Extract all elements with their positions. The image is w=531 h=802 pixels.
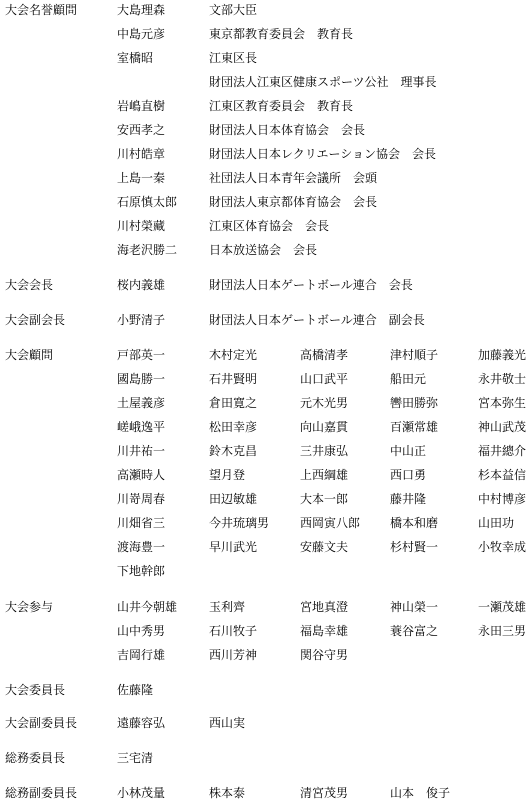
official-title: 財団法人江東区健康スポーツ公社 理事長 bbox=[209, 75, 437, 89]
person-name: 永田三男 bbox=[478, 624, 526, 638]
person-name: 藤井隆 bbox=[390, 492, 426, 506]
list-row: 三宅清 bbox=[0, 751, 531, 775]
list-row: 佐藤隆 bbox=[0, 683, 531, 707]
person-name: 小牧幸成 bbox=[478, 540, 526, 554]
person-name: 安藤文夫 bbox=[300, 540, 348, 554]
official-title: 文部大臣 bbox=[209, 3, 257, 17]
person-name: 株本泰 bbox=[209, 786, 245, 800]
person-name: 中山正 bbox=[390, 444, 426, 458]
person-name: 船田元 bbox=[390, 372, 426, 386]
person-name: 嵯峨逸平 bbox=[117, 420, 165, 434]
person-name: 川村皓章 bbox=[117, 147, 165, 161]
person-name: 大島理森 bbox=[117, 3, 165, 17]
list-row: 岩嶋直樹江東区教育委員会 教育長 bbox=[0, 99, 531, 123]
official-title: 社団法人日本青年会議所 会頭 bbox=[209, 171, 377, 185]
list-row: 遠藤容弘西山実 bbox=[0, 716, 531, 740]
person-name: 三井康弘 bbox=[300, 444, 348, 458]
person-name: 望月登 bbox=[209, 468, 245, 482]
person-name: 川畑省三 bbox=[117, 516, 165, 530]
person-name: 戸部英一 bbox=[117, 348, 165, 362]
list-row: 國島勝一石井賢明山口武平船田元永井敬士 bbox=[0, 372, 531, 396]
person-name: 西川芳神 bbox=[209, 648, 257, 662]
list-row: 川村皓章財団法人日本レクリエーション協会 会長 bbox=[0, 147, 531, 171]
person-name: 山中秀男 bbox=[117, 624, 165, 638]
official-title: 財団法人東京都体育協会 会長 bbox=[209, 195, 377, 209]
person-name: 高橋清孝 bbox=[300, 348, 348, 362]
list-row: 山井今朝雄玉利齊宮地真澄神山榮一一瀬茂雄 bbox=[0, 600, 531, 624]
official-title: 東京都教育委員会 教育長 bbox=[209, 27, 353, 41]
person-name: 関谷守男 bbox=[300, 648, 348, 662]
person-name: 大本一郎 bbox=[300, 492, 348, 506]
person-name: 下地幹郎 bbox=[117, 564, 165, 578]
list-row: 嵯峨逸平松田幸彦向山嘉貫百瀬常雄神山武茂 bbox=[0, 420, 531, 444]
list-row: 川畑省三今井琉璃男西岡寅八郎橋本和磨山田功 bbox=[0, 516, 531, 540]
person-name: 松田幸彦 bbox=[209, 420, 257, 434]
person-name: 早川武光 bbox=[209, 540, 257, 554]
official-title: 日本放送協会 会長 bbox=[209, 243, 317, 257]
person-name: 桜内義雄 bbox=[117, 278, 165, 292]
person-name: 海老沢勝二 bbox=[117, 243, 177, 257]
official-title: 江東区体育協会 会長 bbox=[209, 219, 329, 233]
person-name: 今井琉璃男 bbox=[209, 516, 269, 530]
person-name: 加藤義光 bbox=[478, 348, 526, 362]
person-name: 神山榮一 bbox=[390, 600, 438, 614]
person-name: 宮本弥生 bbox=[478, 396, 526, 410]
person-name: 三宅清 bbox=[117, 751, 153, 765]
person-name: 永井敬士 bbox=[478, 372, 526, 386]
official-title: 財団法人日本レクリエーション協会 会長 bbox=[209, 147, 436, 161]
list-row: 大島理森文部大臣 bbox=[0, 3, 531, 27]
person-name: 田辺敏雄 bbox=[209, 492, 257, 506]
list-row: 土屋義彦倉田寛之元木光男轡田勝弥宮本弥生 bbox=[0, 396, 531, 420]
list-row: 小野清子財団法人日本ゲートボール連合 副会長 bbox=[0, 313, 531, 337]
list-row: 渡海豊一早川武光安藤文夫杉村賢一小牧幸成 bbox=[0, 540, 531, 564]
person-name: 玉利齊 bbox=[209, 600, 245, 614]
list-row: 中島元彦東京都教育委員会 教育長 bbox=[0, 27, 531, 51]
official-title: 財団法人日本ゲートボール連合 会長 bbox=[209, 278, 413, 292]
person-name: 川村榮藏 bbox=[117, 219, 165, 233]
person-name: 上西綱雄 bbox=[300, 468, 348, 482]
person-name: 西岡寅八郎 bbox=[300, 516, 360, 530]
list-row: 室橋昭江東区長 bbox=[0, 51, 531, 75]
person-name: 福井總介 bbox=[478, 444, 526, 458]
official-title: 財団法人日本ゲートボール連合 副会長 bbox=[209, 313, 425, 327]
list-row: 山中秀男石川牧子福島幸雄蓑谷富之永田三男 bbox=[0, 624, 531, 648]
person-name: 福島幸雄 bbox=[300, 624, 348, 638]
person-name: 石井賢明 bbox=[209, 372, 257, 386]
list-row: 石原慎太郎財団法人東京都体育協会 会長 bbox=[0, 195, 531, 219]
list-row: 川井祐一鈴木克昌三井康弘中山正福井總介 bbox=[0, 444, 531, 468]
list-row: 戸部英一木村定光高橋清孝津村順子加藤義光 bbox=[0, 348, 531, 372]
person-name: 杉村賢一 bbox=[390, 540, 438, 554]
list-row: 吉岡行雄西川芳神関谷守男 bbox=[0, 648, 531, 672]
list-row: 財団法人江東区健康スポーツ公社 理事長 bbox=[0, 75, 531, 99]
person-name: 西山実 bbox=[209, 716, 245, 730]
person-name: 西口勇 bbox=[390, 468, 426, 482]
official-title: 財団法人日本体育協会 会長 bbox=[209, 123, 365, 137]
list-row: 高瀬時人望月登上西綱雄西口勇杉本益信 bbox=[0, 468, 531, 492]
person-name: 中村博彦 bbox=[478, 492, 526, 506]
person-name: 山井今朝雄 bbox=[117, 600, 177, 614]
person-name: 杉本益信 bbox=[478, 468, 526, 482]
list-row: 下地幹郎 bbox=[0, 564, 531, 588]
person-name: 土屋義彦 bbox=[117, 396, 165, 410]
list-row: 安西孝之財団法人日本体育協会 会長 bbox=[0, 123, 531, 147]
person-name: 川嵜周春 bbox=[117, 492, 165, 506]
person-name: 木村定光 bbox=[209, 348, 257, 362]
person-name: 宮地真澄 bbox=[300, 600, 348, 614]
person-name: 小野清子 bbox=[117, 313, 165, 327]
person-name: 室橋昭 bbox=[117, 51, 153, 65]
person-name: 石川牧子 bbox=[209, 624, 257, 638]
person-name: 國島勝一 bbox=[117, 372, 165, 386]
person-name: 上島一秦 bbox=[117, 171, 165, 185]
person-name: 吉岡行雄 bbox=[117, 648, 165, 662]
official-title: 江東区長 bbox=[209, 51, 257, 65]
person-name: 向山嘉貫 bbox=[300, 420, 348, 434]
person-name: 蓑谷富之 bbox=[390, 624, 438, 638]
person-name: 鈴木克昌 bbox=[209, 444, 257, 458]
person-name: 小林茂量 bbox=[117, 786, 165, 800]
person-name: 津村順子 bbox=[390, 348, 438, 362]
list-row: 川嵜周春田辺敏雄大本一郎藤井隆中村博彦 bbox=[0, 492, 531, 516]
person-name: 川井祐一 bbox=[117, 444, 165, 458]
list-row: 小林茂量株本泰清宮茂男山本 俊子 bbox=[0, 786, 531, 802]
person-name: 元木光男 bbox=[300, 396, 348, 410]
person-name: 遠藤容弘 bbox=[117, 716, 165, 730]
person-name: 高瀬時人 bbox=[117, 468, 165, 482]
person-name: 安西孝之 bbox=[117, 123, 165, 137]
person-name: 清宮茂男 bbox=[300, 786, 348, 800]
official-title: 江東区教育委員会 教育長 bbox=[209, 99, 353, 113]
list-row: 海老沢勝二日本放送協会 会長 bbox=[0, 243, 531, 267]
list-row: 桜内義雄財団法人日本ゲートボール連合 会長 bbox=[0, 278, 531, 302]
person-name: 百瀬常雄 bbox=[390, 420, 438, 434]
person-name: 山田功 bbox=[478, 516, 514, 530]
person-name: 轡田勝弥 bbox=[390, 396, 438, 410]
person-name: 一瀬茂雄 bbox=[478, 600, 526, 614]
person-name: 岩嶋直樹 bbox=[117, 99, 165, 113]
list-row: 川村榮藏江東区体育協会 会長 bbox=[0, 219, 531, 243]
person-name: 橋本和磨 bbox=[390, 516, 438, 530]
person-name: 山口武平 bbox=[300, 372, 348, 386]
person-name: 中島元彦 bbox=[117, 27, 165, 41]
person-name: 神山武茂 bbox=[478, 420, 526, 434]
person-name: 山本 俊子 bbox=[390, 786, 450, 800]
person-name: 渡海豊一 bbox=[117, 540, 165, 554]
list-row: 上島一秦社団法人日本青年会議所 会頭 bbox=[0, 171, 531, 195]
person-name: 佐藤隆 bbox=[117, 683, 153, 697]
person-name: 石原慎太郎 bbox=[117, 195, 177, 209]
person-name: 倉田寛之 bbox=[209, 396, 257, 410]
